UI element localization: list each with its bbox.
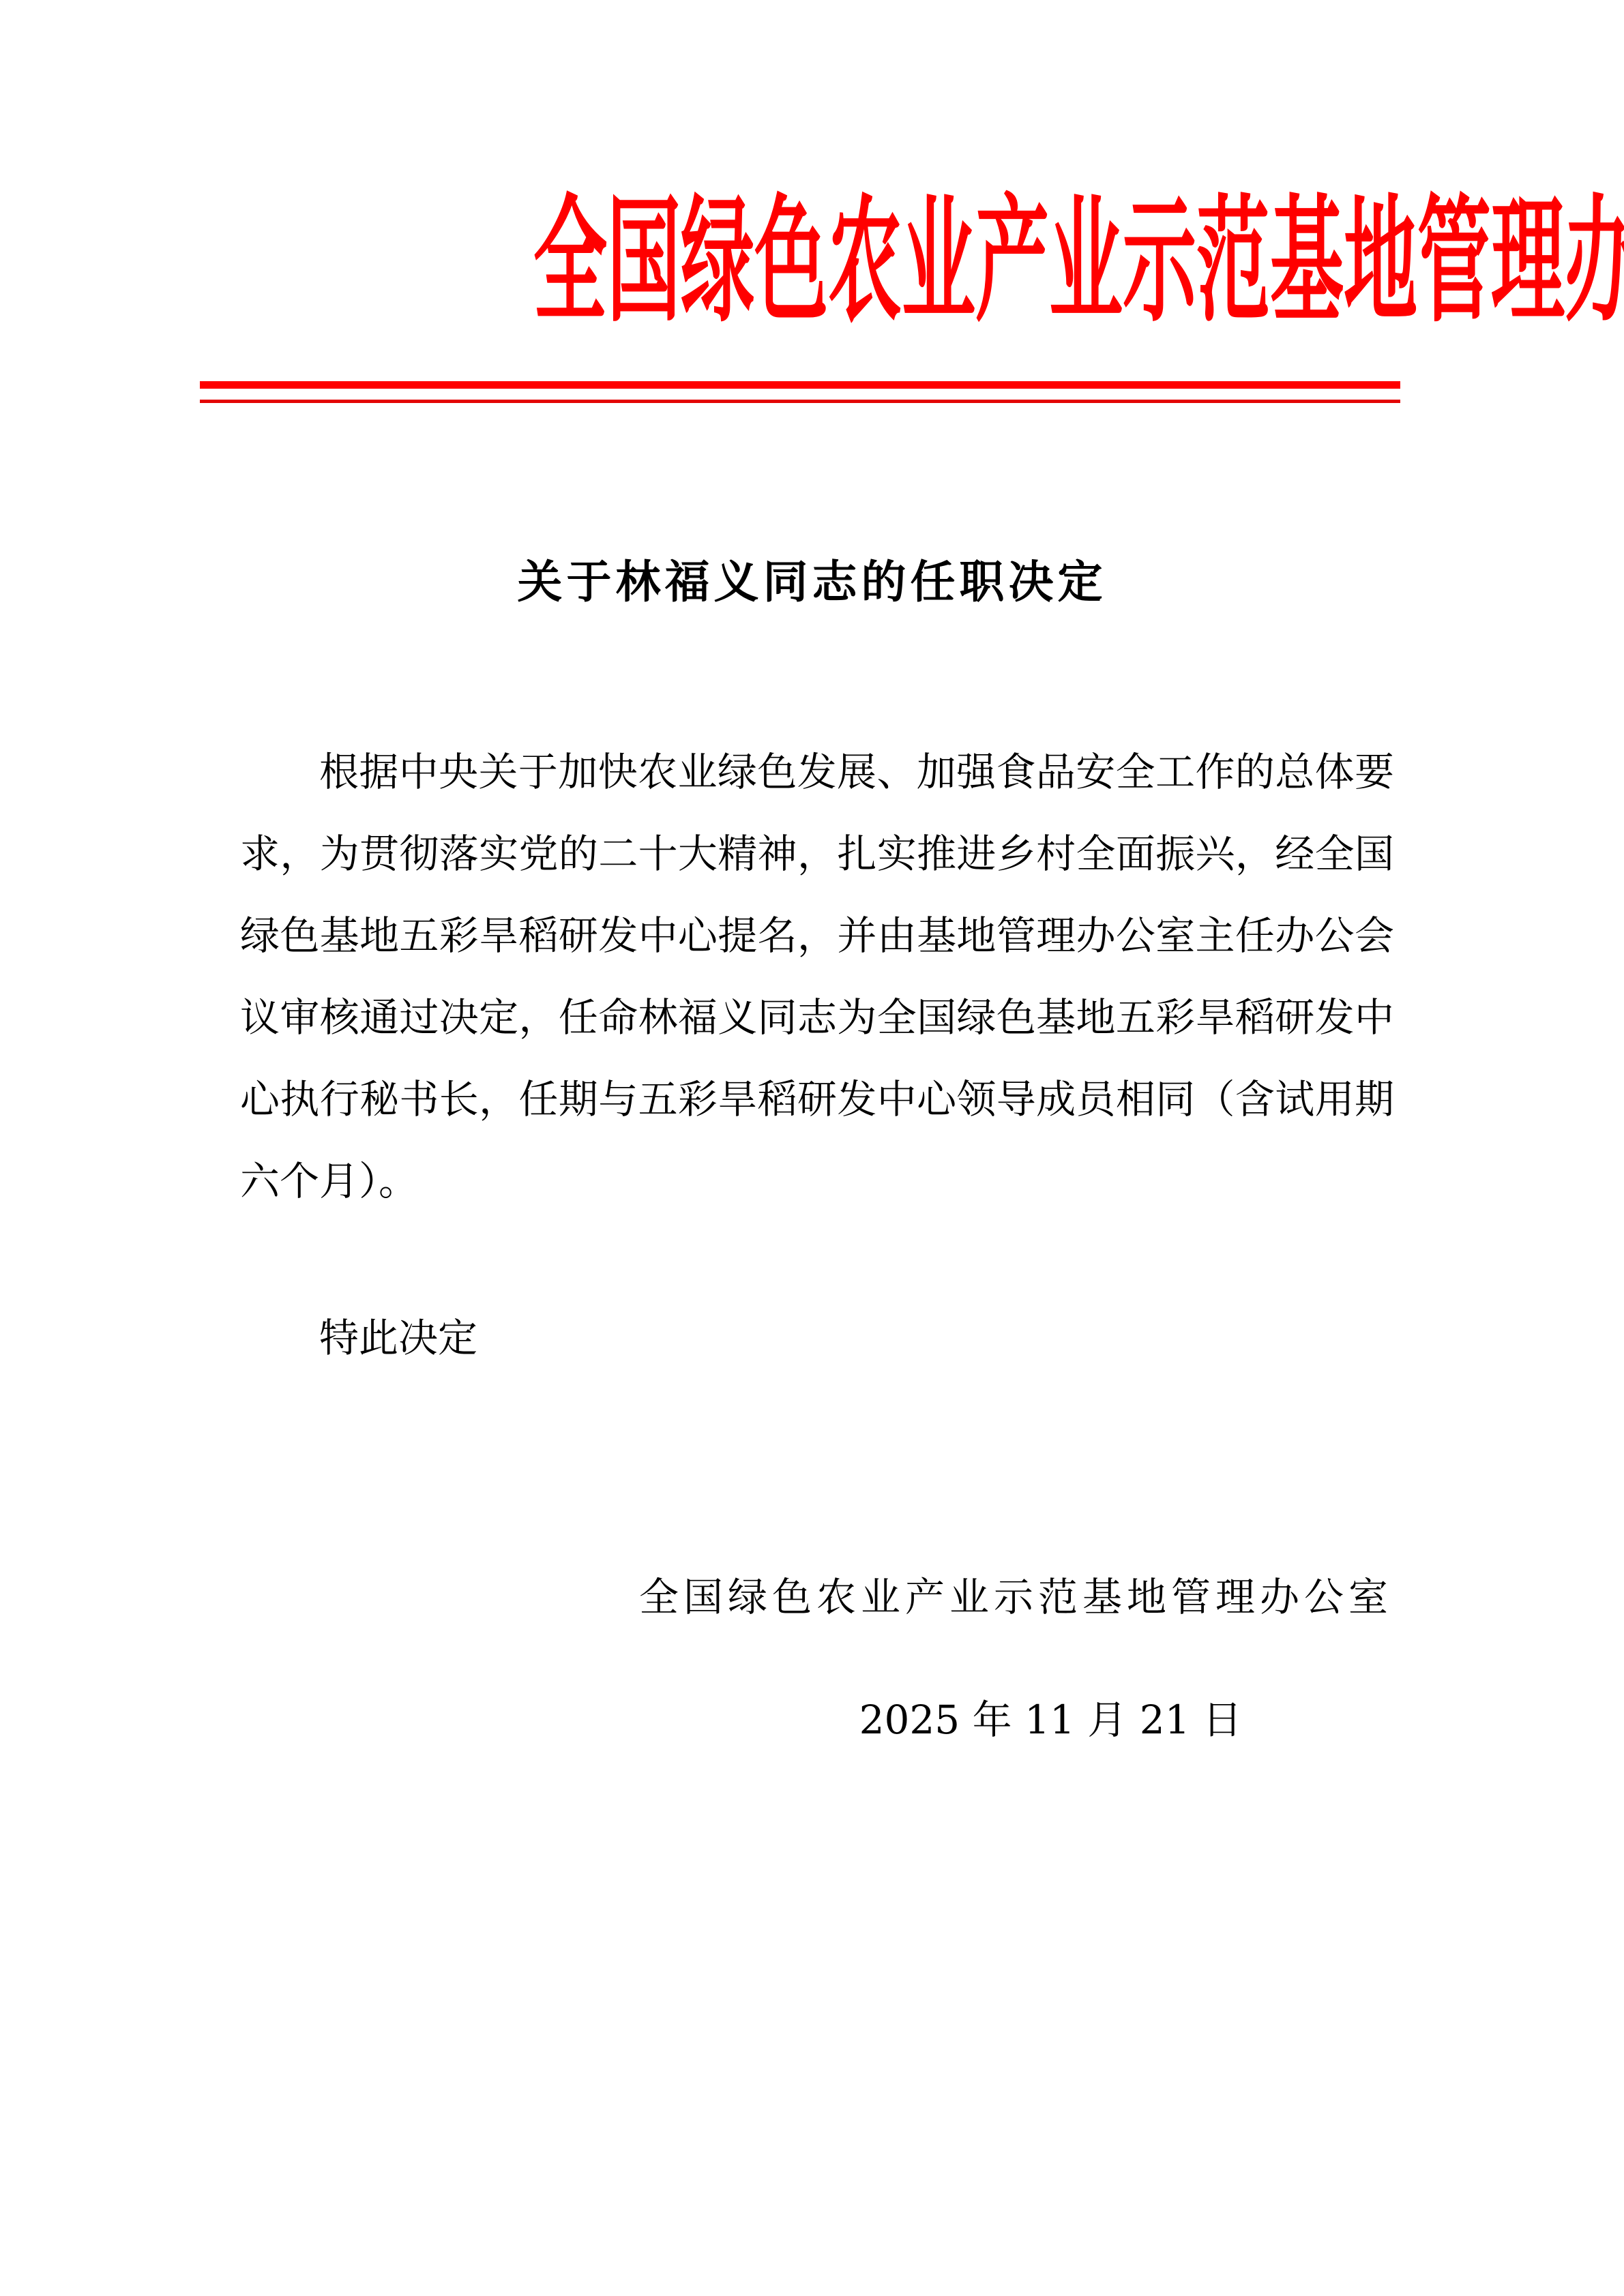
body-paragraph: 根据中央关于加快农业绿色发展、加强食品安全工作的总体要求，为贯彻落实党的二十大精…	[240, 731, 1394, 1222]
signature-org-name: 全国绿色农业产业示范基地管理办公室	[639, 1556, 1393, 1638]
signature-date: 2025 年 11 月 21 日	[859, 1679, 1242, 1761]
letterhead: 全国绿色农业产业示范基地管理办公室	[0, 190, 1624, 334]
document-page: 全国绿色农业产业示范基地管理办公室 关于林福义同志的任职决定 根据中央关于加快农…	[0, 0, 1624, 2296]
red-separator-thick	[200, 381, 1400, 389]
red-separator-thin	[200, 400, 1400, 403]
closing-statement: 特此决定	[240, 1297, 477, 1379]
letterhead-org-name: 全国绿色农业产业示范基地管理办公室	[533, 190, 1624, 334]
document-title: 关于林福义同志的任职决定	[0, 554, 1624, 610]
document-body: 根据中央关于加快农业绿色发展、加强食品安全工作的总体要求，为贯彻落实党的二十大精…	[240, 731, 1394, 1222]
